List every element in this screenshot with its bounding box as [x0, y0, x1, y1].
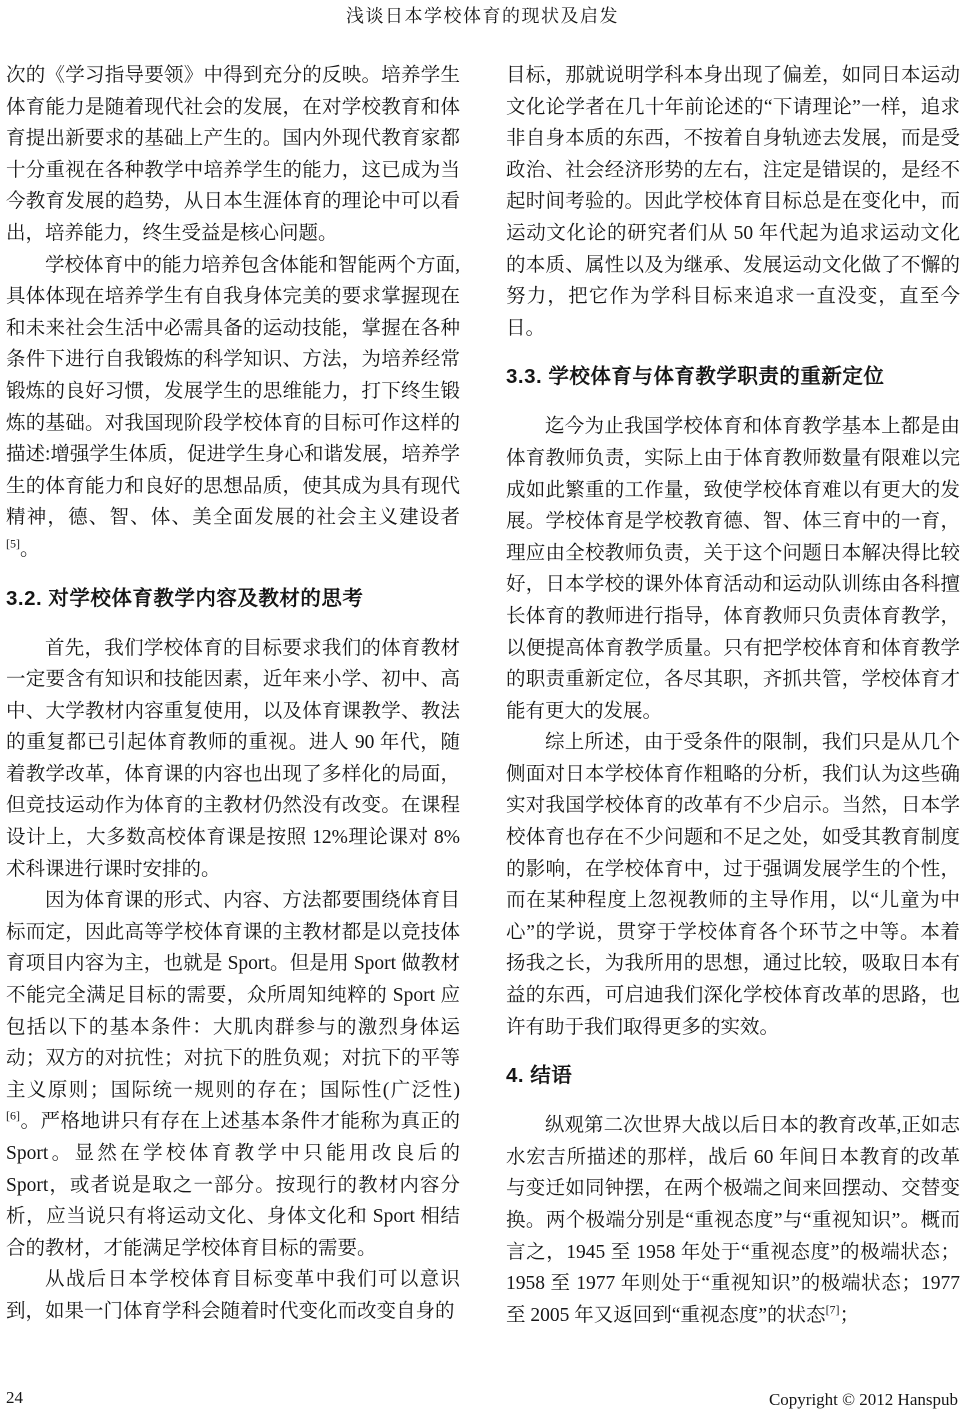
- section-heading: 3.3. 学校体育与体育教学职责的重新定位: [506, 361, 960, 392]
- paragraph: 首先，我们学校体育的目标要求我们的体育教材一定要含有知识和技能因素，近年来小学、…: [6, 633, 460, 886]
- paragraph: 学校体育中的能力培养包含体能和智能两个方面,具体体现在培养学生有自我身体完美的要…: [6, 250, 460, 566]
- copyright-notice: Copyright © 2012 Hanspub: [769, 1390, 958, 1410]
- page-number: 24: [6, 1388, 23, 1408]
- reference-superscript: [7]: [826, 1302, 840, 1316]
- paragraph: 目标，那就说明学科本身出现了偏差，如同日本运动文化论学者在几十年前论述的“下请理…: [506, 60, 960, 344]
- left-column: 次的《学习指导要领》中得到充分的反映。培养学生体育能力是随着现代社会的发展，在对…: [6, 60, 460, 1331]
- paragraph: 迄今为止我国学校体育和体育教学基本上都是由体育教师负责，实际上由于体育教师数量有…: [506, 411, 960, 727]
- section-heading: 3.2. 对学校体育教学内容及教材的思考: [6, 583, 460, 614]
- paragraph: 次的《学习指导要领》中得到充分的反映。培养学生体育能力是随着现代社会的发展，在对…: [6, 60, 460, 250]
- paragraph: 因为体育课的形式、内容、方法都要围绕体育目标而定，因此高等学校体育课的主教材都是…: [6, 885, 460, 1264]
- two-column-layout: 次的《学习指导要领》中得到充分的反映。培养学生体育能力是随着现代社会的发展，在对…: [6, 60, 960, 1331]
- section-heading: 4. 结语: [506, 1060, 960, 1091]
- paragraph: 从战后日本学校体育目标变革中我们可以意识到，如果一门体育学科会随着时代变化而改变…: [6, 1264, 460, 1327]
- page-title: 浅谈日本学校体育的现状及启发: [0, 2, 965, 28]
- right-column: 目标，那就说明学科本身出现了偏差，如同日本运动文化论学者在几十年前论述的“下请理…: [506, 60, 960, 1331]
- reference-superscript: [5]: [6, 536, 20, 550]
- reference-superscript: [6]: [6, 1109, 20, 1123]
- paragraph: 综上所述，由于受条件的限制，我们只是从几个侧面对日本学校体育作粗略的分析，我们认…: [506, 727, 960, 1043]
- document-page: 浅谈日本学校体育的现状及启发 次的《学习指导要领》中得到充分的反映。培养学生体育…: [0, 0, 965, 1414]
- paragraph: 纵观第二次世界大战以后日本的教育改革,正如志水宏吉所描述的那样，战后 60 年间…: [506, 1110, 960, 1331]
